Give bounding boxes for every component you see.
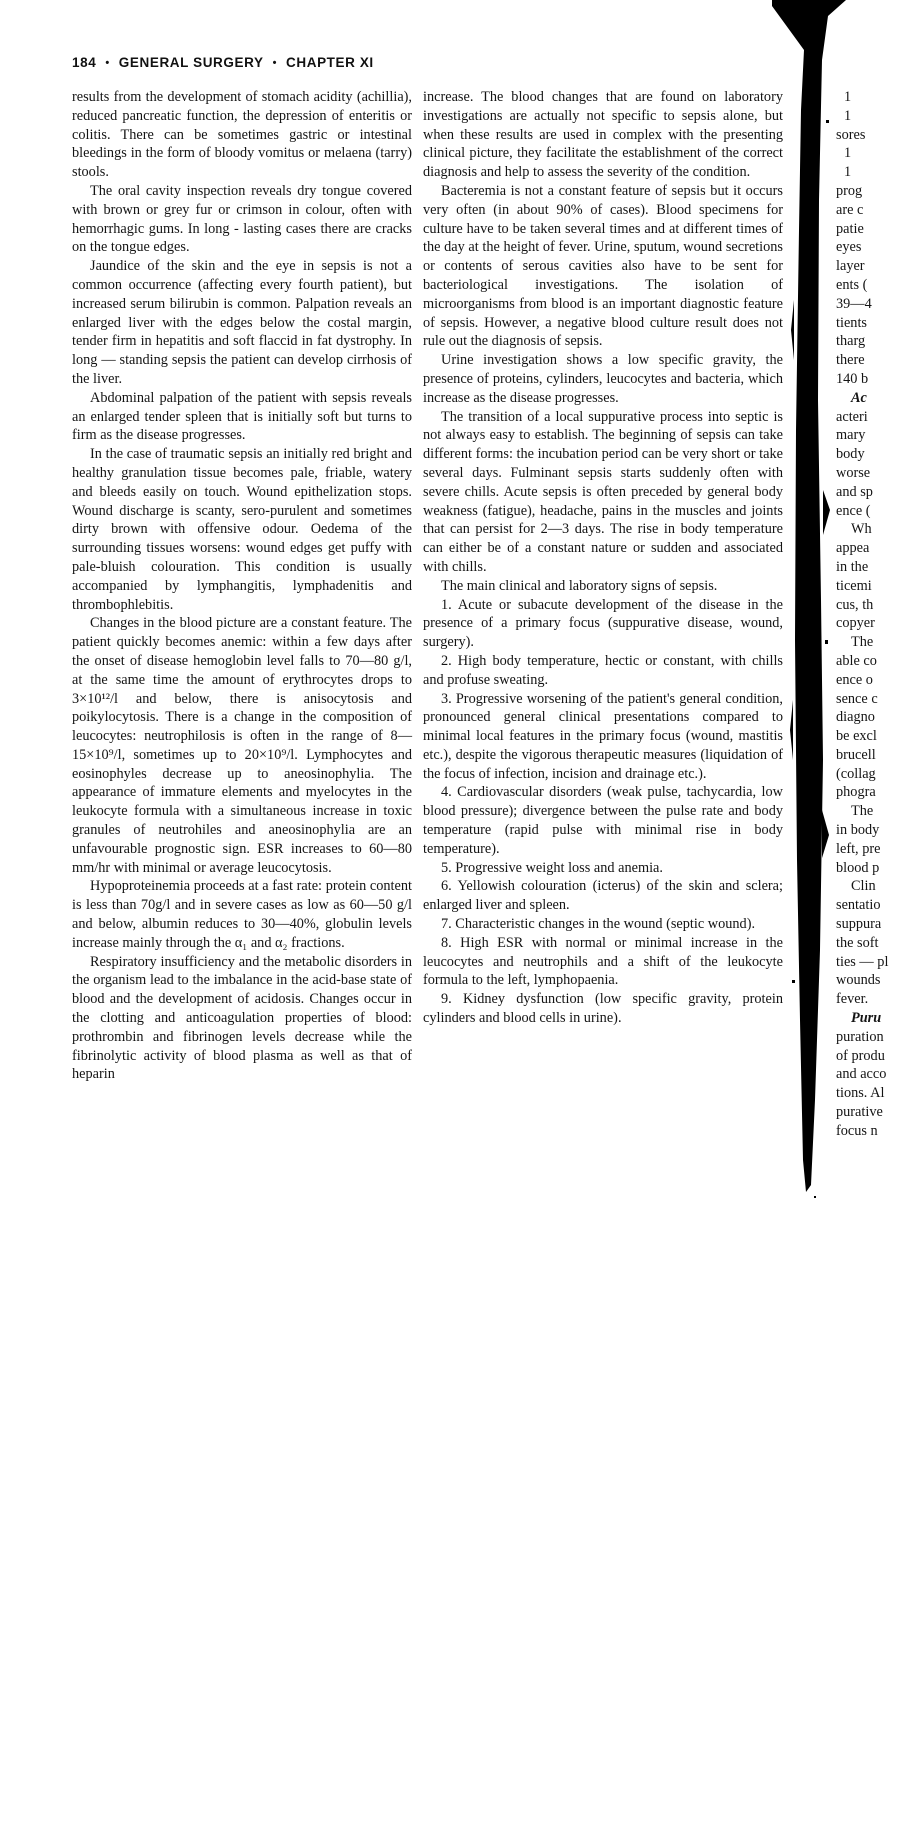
text-fragment-line: ties — pl [836, 953, 899, 972]
text-fragment-line: copyer [836, 614, 899, 633]
paragraph: 9. Kidney dysfunction (low specific grav… [423, 990, 783, 1028]
text-fragment-line: Clin [836, 877, 899, 896]
text-fragment-line: suppura [836, 915, 899, 934]
text-fragment-line: body [836, 445, 899, 464]
text-fragment-line: (collag [836, 765, 899, 784]
text-fragment-line: puration [836, 1028, 899, 1047]
paragraph: The main clinical and laboratory signs o… [423, 577, 783, 596]
text-fragment-line: phogra [836, 783, 899, 802]
text-fragment-line: 1 [836, 107, 899, 126]
text-column-left: results from the development of stomach … [72, 88, 412, 1084]
text-fragment-line: in the [836, 558, 899, 577]
text-fragment-line: be excl [836, 727, 899, 746]
text-fragment-line: prog [836, 182, 899, 201]
text-fragment-line: wounds [836, 971, 899, 990]
text-fragment-line: 39—4 [836, 295, 899, 314]
paragraph: Respiratory insufficiency and the metabo… [72, 953, 412, 1085]
text-fragment-line: ents ( [836, 276, 899, 295]
book-page: 184•GENERAL SURGERY•CHAPTER XI results f… [0, 0, 899, 1836]
text-fragment-line: brucell [836, 746, 899, 765]
page-header: 184•GENERAL SURGERY•CHAPTER XI [72, 55, 374, 70]
text-fragment-line: purative [836, 1103, 899, 1122]
text-fragment-line: sores [836, 126, 899, 145]
text-fragment-line: ticemi [836, 577, 899, 596]
text-fragment-line: worse [836, 464, 899, 483]
text-fragment-line: are c [836, 201, 899, 220]
text-fragment-line: cus, th [836, 596, 899, 615]
text-fragment-line: ence ( [836, 502, 899, 521]
text-fragment-line: of produ [836, 1047, 899, 1066]
paragraph: 1. Acute or subacute development of the … [423, 596, 783, 652]
separator-bullet-icon: • [273, 57, 277, 69]
text-fragment-line: Ac [836, 389, 899, 408]
paragraph: 8. High ESR with normal or minimal incre… [423, 934, 783, 990]
paragraph: 7. Characteristic changes in the wound (… [423, 915, 783, 934]
text-fragment-line: left, pre [836, 840, 899, 859]
text-fragment-line: and acco [836, 1065, 899, 1084]
paragraph: 6. Yellowish colouration (icterus) of th… [423, 877, 783, 915]
paragraph: Abdominal palpation of the patient with … [72, 389, 412, 445]
text-fragment-line: eyes [836, 238, 899, 257]
text-fragment-line: mary [836, 426, 899, 445]
text-fragment-line: fever. [836, 990, 899, 1009]
paragraph: The oral cavity inspection reveals dry t… [72, 182, 412, 257]
text-fragment-line: appea [836, 539, 899, 558]
paragraph: results from the development of stomach … [72, 88, 412, 182]
text-fragment-line: tients [836, 314, 899, 333]
paragraph: Hypoproteinemia proceeds at a fast rate:… [72, 877, 412, 952]
text-fragment-line: ence o [836, 671, 899, 690]
paragraph: 2. High body temperature, hectic or cons… [423, 652, 783, 690]
paragraph: Urine investigation shows a low specific… [423, 351, 783, 407]
text-fragment-line: there [836, 351, 899, 370]
paragraph: increase. The blood changes that are fou… [423, 88, 783, 182]
text-fragment-line: Wh [836, 520, 899, 539]
text-fragment-line: tharg [836, 332, 899, 351]
text-fragment-line: and sp [836, 483, 899, 502]
text-fragment-line: Puru [836, 1009, 899, 1028]
text-fragment-line: diagno [836, 708, 899, 727]
paragraph: The transition of a local suppurative pr… [423, 408, 783, 577]
paragraph: 5. Progressive weight loss and anemia. [423, 859, 783, 878]
next-page-text-fragments: 11sores11progare cpatieeyeslayerents (39… [836, 88, 899, 1141]
text-fragment-line: able co [836, 652, 899, 671]
text-fragment-line: blood p [836, 859, 899, 878]
chapter-title: CHAPTER XI [286, 55, 374, 70]
text-fragment-line: 1 [836, 88, 899, 107]
text-fragment-line: patie [836, 220, 899, 239]
section-title: GENERAL SURGERY [119, 55, 264, 70]
paragraph: 4. Cardiovascular disorders (weak pulse,… [423, 783, 783, 858]
text-fragment-line: 140 b [836, 370, 899, 389]
paragraph: In the case of traumatic sepsis an initi… [72, 445, 412, 614]
text-fragment-line: sence c [836, 690, 899, 709]
paragraph: Changes in the blood picture are a const… [72, 614, 412, 877]
text-fragment-line: The [836, 633, 899, 652]
text-fragment-line: The [836, 802, 899, 821]
text-fragment-line: focus n [836, 1122, 899, 1141]
text-fragment-line: the soft [836, 934, 899, 953]
paragraph: Jaundice of the skin and the eye in seps… [72, 257, 412, 389]
paragraph: Bacteremia is not a constant feature of … [423, 182, 783, 351]
paragraph: 3. Progressive worsening of the patient'… [423, 690, 783, 784]
text-column-middle: increase. The blood changes that are fou… [423, 88, 783, 1028]
separator-bullet-icon: • [105, 57, 109, 69]
text-fragment-line: in body [836, 821, 899, 840]
text-fragment-line: sentatio [836, 896, 899, 915]
text-fragment-line: 1 [836, 163, 899, 182]
text-fragment-line: 1 [836, 144, 899, 163]
page-number: 184 [72, 55, 96, 70]
text-fragment-line: tions. Al [836, 1084, 899, 1103]
text-fragment-line: layer [836, 257, 899, 276]
text-fragment-line: acteri [836, 408, 899, 427]
